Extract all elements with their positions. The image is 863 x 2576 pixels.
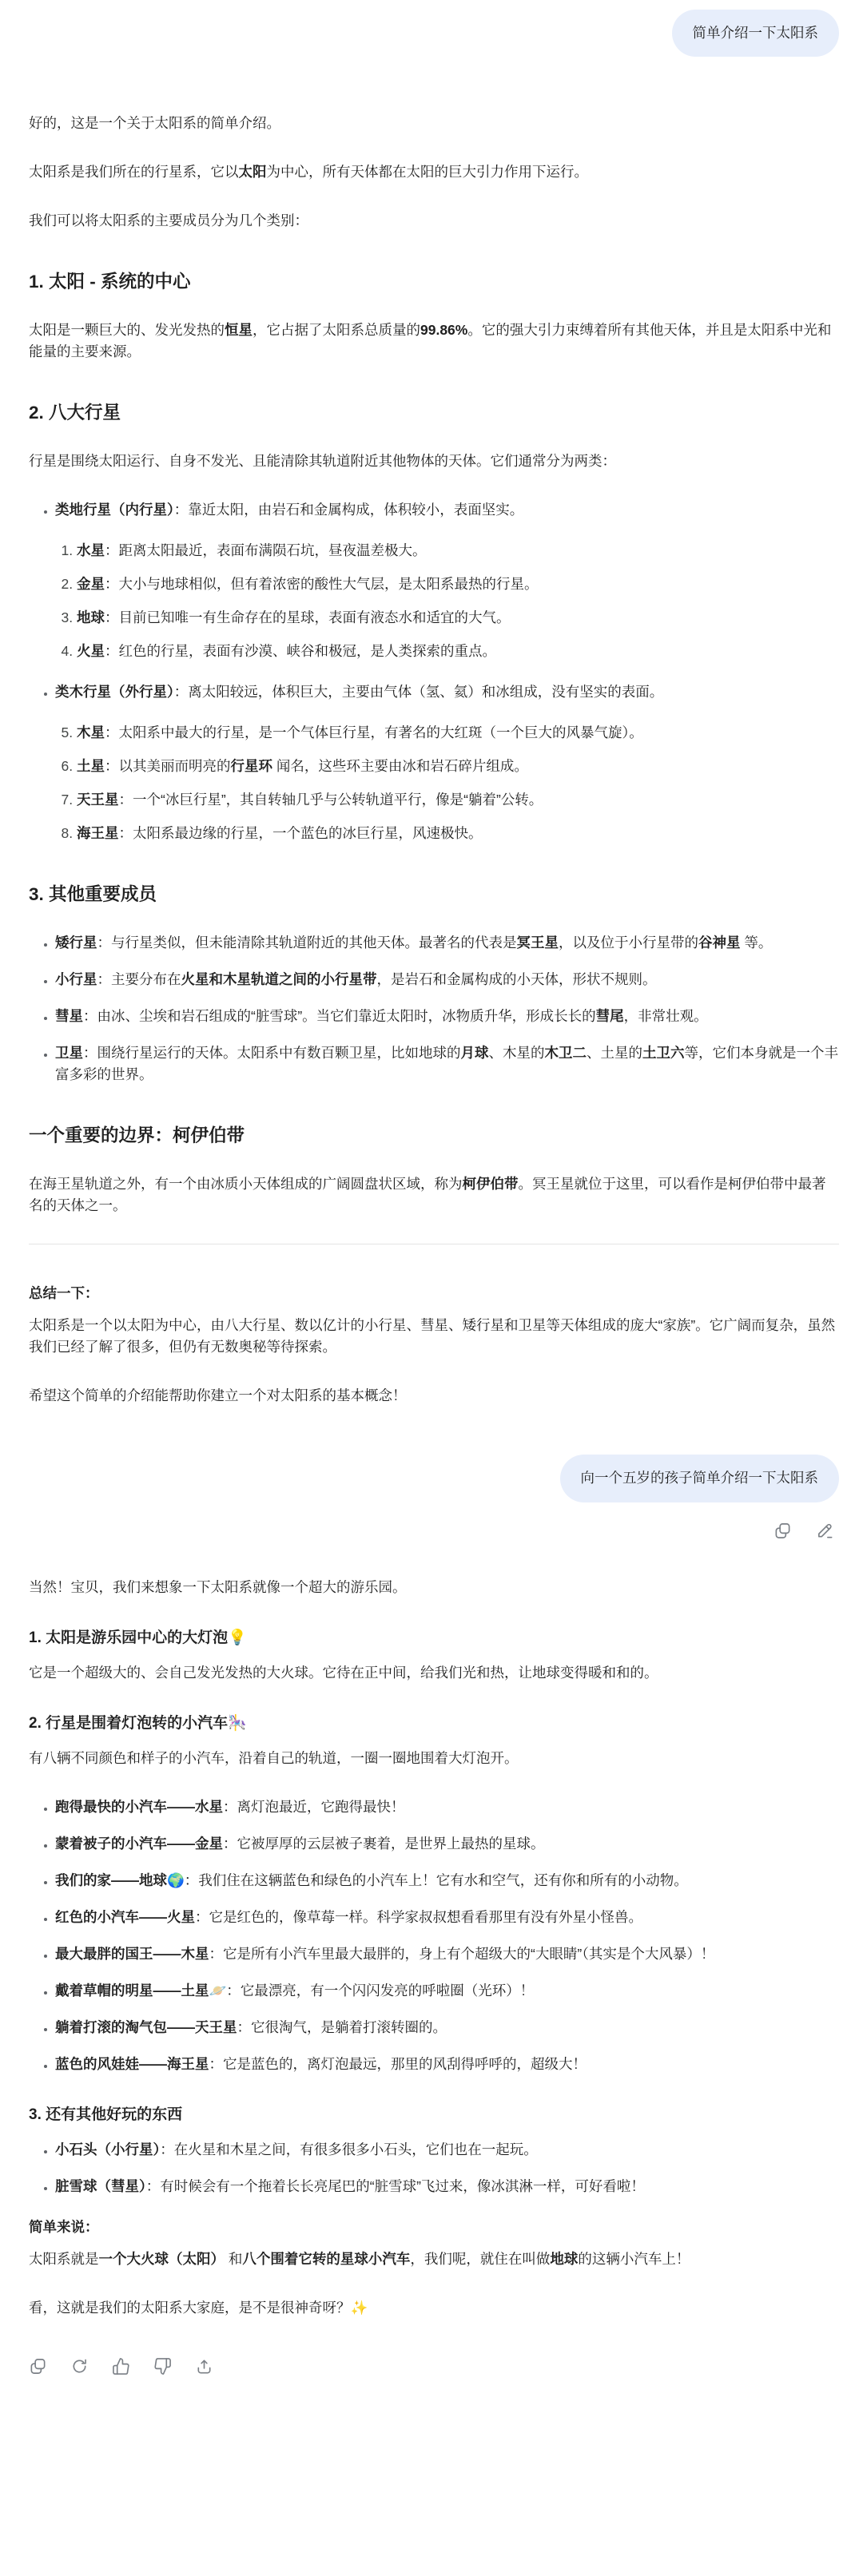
text: 的这辆小汽车上！ — [578, 2251, 690, 2267]
text: 行星是围绕太阳运行、自身不发光、且能清除其轨道附近其他物体的天体。它们通常分为两… — [29, 453, 616, 469]
bold-text: 小行星 — [55, 971, 97, 987]
text: ，非常壮观。 — [624, 1008, 708, 1024]
bold-text: 卫星 — [55, 1045, 83, 1061]
bold-text: 天王星 — [77, 792, 119, 808]
bold-text: 矮行星 — [55, 935, 97, 951]
text: ：它是所有小汽车里最大最胖的，身上有个超级大的“大眼睛”（其实是个大风暴）！ — [209, 1946, 715, 1962]
bold-text: 水星 — [77, 542, 105, 558]
list-item: 金星：大小与地球相似，但有着浓密的酸性大气层，是太阳系最热的行星。 — [77, 574, 839, 595]
list-item: 最大最胖的国王——木星：它是所有小汽车里最大最胖的，身上有个超级大的“大眼睛”（… — [55, 1943, 839, 1965]
share-icon — [195, 2357, 213, 2376]
paragraph: 太阳是一颗巨大的、发光发热的恒星，它占据了太阳系总质量的99.86%。它的强大引… — [29, 320, 839, 363]
text: ：离太阳较远，体积巨大，主要由气体（氢、氦）和冰组成，没有坚实的表面。 — [174, 684, 664, 700]
assistant-message: 好的，这是一个关于太阳系的简单介绍。太阳系是我们所在的行星系，它以太阳为中心，所… — [29, 113, 839, 1407]
heading: 3. 其他重要成员 — [29, 883, 839, 907]
list-item: 木星：太阳系中最大的行星，是一个气体巨行星，有著名的大红斑（一个巨大的风暴气旋）… — [77, 722, 839, 744]
heading: 简单来说： — [29, 2217, 839, 2238]
text: 等。 — [741, 935, 773, 951]
text: ：它被厚厚的云层被子裹着，是世界上最热的星球。 — [223, 1836, 545, 1852]
text: 2. 行星是围着灯泡转的小汽车🎠 — [29, 1715, 247, 1732]
text: 太阳系就是 — [29, 2251, 99, 2267]
list-item: 地球：目前已知唯一有生命存在的星球，表面有液态水和适宜的大气。 — [77, 607, 839, 629]
text: ：红色的行星，表面有沙漠、峡谷和极冠，是人类探索的重点。 — [105, 643, 496, 659]
bold-text: 跑得最快的小汽车——水星 — [55, 1799, 223, 1815]
text: ：一个“冰巨行星”，其自转轴几乎与公转轨道平行，像是“躺着”公转。 — [119, 792, 543, 808]
response-toolbar — [29, 2357, 839, 2376]
bullet-list: 类地行星（内行星）：靠近太阳，由岩石和金属构成，体积较小，表面坚实。 — [29, 499, 839, 521]
thumbs-up-icon — [112, 2357, 130, 2376]
copy-icon — [774, 1522, 792, 1540]
bold-text: 恒星 — [225, 322, 253, 338]
list-item: 类地行星（内行星）：靠近太阳，由岩石和金属构成，体积较小，表面坚实。 — [55, 499, 839, 521]
text: 我们可以将太阳系的主要成员分为几个类别： — [29, 212, 308, 228]
numbered-list: 木星：太阳系中最大的行星，是一个气体巨行星，有著名的大红斑（一个巨大的风暴气旋）… — [29, 722, 839, 844]
bold-text: 土卫六 — [642, 1045, 685, 1061]
list-item: 小石头（小行星）：在火星和木星之间，有很多很多小石头，它们也在一起玩。 — [55, 2139, 839, 2161]
paragraph: 在海王星轨道之外，有一个由冰质小天体组成的广阔圆盘状区域，称为柯伊伯带。冥王星就… — [29, 1173, 839, 1217]
chat-page: 简单介绍一下太阳系 好的，这是一个关于太阳系的简单介绍。太阳系是我们所在的行星系… — [0, 0, 863, 2576]
text: ：大小与地球相似，但有着浓密的酸性大气层，是太阳系最热的行星。 — [105, 576, 539, 592]
bold-text: 太阳 — [239, 164, 267, 180]
bold-text: 火星 — [77, 643, 105, 659]
paragraph: 当然！宝贝，我们来想象一下太阳系就像一个超大的游乐园。 — [29, 1577, 839, 1598]
text: 太阳系是我们所在的行星系，它以 — [29, 164, 239, 180]
text: ：在火星和木星之间，有很多很多小石头，它们也在一起玩。 — [160, 2141, 538, 2157]
paragraph: 好的，这是一个关于太阳系的简单介绍。 — [29, 113, 839, 134]
text: 太阳是一颗巨大的、发光发热的 — [29, 322, 225, 338]
text: ，是岩石和金属构成的小天体，形状不规则。 — [377, 971, 657, 987]
text: 2. 八大行星 — [29, 403, 121, 423]
paragraph: 太阳系是一个以太阳为中心，由八大行星、数以亿计的小行星、彗星、矮行星和卫星等天体… — [29, 1315, 839, 1358]
bold-text: 木卫二 — [545, 1045, 587, 1061]
text: ：由冰、尘埃和岩石组成的“脏雪球”。当它们靠近太阳时，冰物质升华，形成长长的 — [83, 1008, 596, 1024]
bold-text: 类木行星（外行星） — [55, 684, 174, 700]
text: ：有时候会有一个拖着长长亮尾巴的“脏雪球”飞过来，像冰淇淋一样，可好看啦！ — [146, 2178, 645, 2194]
text: 看，这就是我们的太阳系大家庭，是不是很神奇呀？✨ — [29, 2300, 368, 2316]
bold-text: 蓝色的风娃娃——海王星 — [55, 2056, 209, 2072]
text: ：离灯泡最近，它跑得最快！ — [223, 1799, 405, 1815]
numbered-list: 水星：距离太阳最近，表面布满陨石坑，昼夜温差极大。金星：大小与地球相似，但有着浓… — [29, 540, 839, 662]
list-item: 戴着草帽的明星——土星🪐：它最漂亮，有一个闪闪发亮的呼啦圈（光环）！ — [55, 1980, 839, 2002]
text: 3. 其他重要成员 — [29, 884, 157, 904]
heading: 总结一下： — [29, 1283, 839, 1304]
heading: 1. 太阳 - 系统的中心 — [29, 270, 839, 294]
thumbs-up-button[interactable] — [112, 2357, 130, 2376]
user-message-row: 向一个五岁的孩子简单介绍一下太阳系 — [29, 1455, 839, 1502]
text: 和 — [225, 2251, 242, 2267]
text: 简单来说： — [29, 2219, 99, 2235]
bold-text: 八个围着它转的星球小汽车 — [242, 2251, 410, 2267]
bold-text: 金星 — [77, 576, 105, 592]
bold-text: 火星和木星轨道之间的小行星带 — [181, 971, 377, 987]
edit-pencil-icon — [816, 1522, 834, 1540]
text: 好的，这是一个关于太阳系的简单介绍。 — [29, 115, 280, 131]
list-item: 矮行星：与行星类似，但未能清除其轨道附近的其他天体。最著名的代表是冥王星，以及位… — [55, 932, 839, 954]
bold-text: 躺着打滚的淘气包——天王星 — [55, 2019, 237, 2035]
list-item: 天王星：一个“冰巨行星”，其自转轴几乎与公转轨道平行，像是“躺着”公转。 — [77, 789, 839, 811]
list-item: 蒙着被子的小汽车——金星：它被厚厚的云层被子裹着，是世界上最热的星球。 — [55, 1833, 839, 1855]
bold-text: 地球 — [550, 2251, 578, 2267]
bold-text: 海王星 — [77, 825, 119, 841]
list-item: 土星：以其美丽而明亮的行星环 闻名，这些环主要由冰和岩石碎片组成。 — [77, 756, 839, 777]
bold-text: 蒙着被子的小汽车——金星 — [55, 1836, 223, 1852]
text: 、木星的 — [489, 1045, 545, 1061]
bold-text: 红色的小汽车——火星 — [55, 1909, 195, 1925]
bullet-list: 小石头（小行星）：在火星和木星之间，有很多很多小石头，它们也在一起玩。脏雪球（彗… — [29, 2139, 839, 2197]
text: 太阳系是一个以太阳为中心，由八大行星、数以亿计的小行星、彗星、矮行星和卫星等天体… — [29, 1317, 835, 1355]
bullet-list: 跑得最快的小汽车——水星：离灯泡最近，它跑得最快！蒙着被子的小汽车——金星：它被… — [29, 1796, 839, 2075]
text: ：它最漂亮，有一个闪闪发亮的呼啦圈（光环）！ — [226, 1983, 534, 1998]
regenerate-button[interactable] — [70, 2357, 89, 2376]
edit-button[interactable] — [816, 1522, 834, 1540]
user-message-bubble: 简单介绍一下太阳系 — [672, 10, 840, 57]
bold-text: 戴着草帽的明星——土星🪐 — [55, 1983, 226, 1998]
bold-text: 小石头（小行星） — [55, 2141, 160, 2157]
text: 闻名，这些环主要由冰和岩石碎片组成。 — [272, 758, 528, 774]
heading: 1. 太阳是游乐园中心的大灯泡💡 — [29, 1627, 839, 1649]
paragraph: 太阳系是我们所在的行星系，它以太阳为中心，所有天体都在太阳的巨大引力作用下运行。 — [29, 161, 839, 183]
thumbs-down-button[interactable] — [153, 2357, 172, 2376]
copy-response-button[interactable] — [29, 2357, 47, 2376]
bold-text: 彗尾 — [596, 1008, 624, 1024]
list-item: 红色的小汽车——火星：它是红色的，像草莓一样。科学家叔叔想看看那里有没有外星小怪… — [55, 1907, 839, 1928]
text: ，以及位于小行星带的 — [559, 935, 698, 951]
text: 在海王星轨道之外，有一个由冰质小天体组成的广阔圆盘状区域，称为 — [29, 1176, 463, 1192]
text: 1. 太阳 - 系统的中心 — [29, 272, 191, 292]
bold-text: 月球 — [461, 1045, 489, 1061]
text: ：太阳系最边缘的行星，一个蓝色的冰巨行星，风速极快。 — [119, 825, 483, 841]
list-item: 躺着打滚的淘气包——天王星：它很淘气，是躺着打滚转圈的。 — [55, 2017, 839, 2038]
list-item: 跑得最快的小汽车——水星：离灯泡最近，它跑得最快！ — [55, 1796, 839, 1818]
divider — [29, 1244, 839, 1244]
bold-text: 脏雪球（彗星） — [55, 2178, 146, 2194]
bold-text: 类地行星（内行星） — [55, 502, 174, 518]
list-item: 水星：距离太阳最近，表面布满陨石坑，昼夜温差极大。 — [77, 540, 839, 562]
text: ：太阳系中最大的行星，是一个气体巨行星，有著名的大红斑（一个巨大的风暴气旋）。 — [105, 724, 643, 740]
heading: 3. 还有其他好玩的东西 — [29, 2104, 839, 2126]
list-item: 彗星：由冰、尘埃和岩石组成的“脏雪球”。当它们靠近太阳时，冰物质升华，形成长长的… — [55, 1006, 839, 1027]
heading: 一个重要的边界：柯伊伯带 — [29, 1124, 839, 1148]
bold-text: 柯伊伯带 — [463, 1176, 519, 1192]
text: ：它是蓝色的，离灯泡最远，那里的风刮得呼呼的，超级大！ — [209, 2056, 587, 2072]
list-item: 类木行星（外行星）：离太阳较远，体积巨大，主要由气体（氢、氦）和冰组成，没有坚实… — [55, 681, 839, 703]
bold-text: 谷神星 — [698, 935, 741, 951]
text: ：与行星类似，但未能清除其轨道附近的其他天体。最著名的代表是 — [97, 935, 517, 951]
share-button[interactable] — [195, 2357, 213, 2376]
text: ：目前已知唯一有生命存在的星球，表面有液态水和适宜的大气。 — [105, 609, 511, 625]
text: ：靠近太阳，由岩石和金属构成，体积较小，表面坚实。 — [174, 502, 524, 518]
text: 总结一下： — [29, 1285, 99, 1301]
paragraph: 有八辆不同颜色和样子的小汽车，沿着自己的轨道，一圈一圈地围着大灯泡开。 — [29, 1748, 839, 1769]
text: ：距离太阳最近，表面布满陨石坑，昼夜温差极大。 — [105, 542, 427, 558]
list-item: 脏雪球（彗星）：有时候会有一个拖着长长亮尾巴的“脏雪球”飞过来，像冰淇淋一样，可… — [55, 2176, 839, 2197]
text: 、土星的 — [587, 1045, 642, 1061]
bold-text: 一个大火球（太阳） — [99, 2251, 225, 2267]
paragraph: 看，这就是我们的太阳系大家庭，是不是很神奇呀？✨ — [29, 2297, 839, 2319]
heading: 2. 八大行星 — [29, 401, 839, 425]
bold-text: 土星 — [77, 758, 105, 774]
heading: 2. 行星是围着灯泡转的小汽车🎠 — [29, 1713, 839, 1735]
text: 有八辆不同颜色和样子的小汽车，沿着自己的轨道，一圈一圈地围着大灯泡开。 — [29, 1750, 519, 1766]
text: ：主要分布在 — [97, 971, 181, 987]
paragraph: 它是一个超级大的、会自己发光发热的大火球。它待在正中间，给我们光和热，让地球变得… — [29, 1662, 839, 1684]
list-item: 蓝色的风娃娃——海王星：它是蓝色的，离灯泡最远，那里的风刮得呼呼的，超级大！ — [55, 2054, 839, 2075]
bold-text: 行星环 — [231, 758, 273, 774]
text: ：它很淘气，是躺着打滚转圈的。 — [237, 2019, 447, 2035]
text: 3. 还有其他好玩的东西 — [29, 2106, 182, 2123]
user-message-row: 简单介绍一下太阳系 — [29, 10, 839, 57]
thumbs-down-icon — [153, 2357, 172, 2376]
bullet-list: 矮行星：与行星类似，但未能清除其轨道附近的其他天体。最著名的代表是冥王星，以及位… — [29, 932, 839, 1086]
text: ：我们住在这辆蓝色和绿色的小汽车上！它有水和空气，还有你和所有的小动物。 — [185, 1872, 688, 1888]
text: 为中心，所有天体都在太阳的巨大引力作用下运行。 — [267, 164, 589, 180]
list-item: 卫星：围绕行星运行的天体。太阳系中有数百颗卫星，比如地球的月球、木星的木卫二、土… — [55, 1042, 839, 1086]
text: 它是一个超级大的、会自己发光发热的大火球。它待在正中间，给我们光和热，让地球变得… — [29, 1665, 658, 1681]
text: 1. 太阳是游乐园中心的大灯泡💡 — [29, 1629, 247, 1646]
copy-button[interactable] — [774, 1522, 792, 1540]
paragraph: 行星是围绕太阳运行、自身不发光、且能清除其轨道附近其他物体的天体。它们通常分为两… — [29, 451, 839, 472]
text: ：以其美丽而明亮的 — [105, 758, 231, 774]
copy-icon — [29, 2357, 47, 2376]
list-item: 海王星：太阳系最边缘的行星，一个蓝色的冰巨行星，风速极快。 — [77, 823, 839, 844]
bold-text: 99.86% — [420, 322, 467, 338]
text: ：围绕行星运行的天体。太阳系中有数百颗卫星，比如地球的 — [83, 1045, 461, 1061]
regenerate-icon — [70, 2357, 89, 2376]
bold-text: 木星 — [77, 724, 105, 740]
paragraph: 太阳系就是一个大火球（太阳） 和八个围着它转的星球小汽车，我们呢，就住在叫做地球… — [29, 2249, 839, 2270]
assistant-message: 当然！宝贝，我们来想象一下太阳系就像一个超大的游乐园。1. 太阳是游乐园中心的大… — [29, 1577, 839, 2319]
text: 希望这个简单的介绍能帮助你建立一个对太阳系的基本概念！ — [29, 1387, 407, 1403]
bold-text: 我们的家——地球🌍 — [55, 1872, 185, 1888]
text: ，我们呢，就住在叫做 — [410, 2251, 550, 2267]
list-item: 我们的家——地球🌍：我们住在这辆蓝色和绿色的小汽车上！它有水和空气，还有你和所有… — [55, 1870, 839, 1891]
bold-text: 最大最胖的国王——木星 — [55, 1946, 209, 1962]
text: ，它占据了太阳系总质量的 — [253, 322, 420, 338]
list-item: 火星：红色的行星，表面有沙漠、峡谷和极冠，是人类探索的重点。 — [77, 641, 839, 662]
user-message-bubble: 向一个五岁的孩子简单介绍一下太阳系 — [560, 1455, 840, 1502]
text: 当然！宝贝，我们来想象一下太阳系就像一个超大的游乐园。 — [29, 1579, 407, 1595]
user-message-actions — [29, 1522, 839, 1540]
bold-text: 地球 — [77, 609, 105, 625]
bold-text: 彗星 — [55, 1008, 83, 1024]
paragraph: 我们可以将太阳系的主要成员分为几个类别： — [29, 210, 839, 232]
text: ：它是红色的，像草莓一样。科学家叔叔想看看那里有没有外星小怪兽。 — [195, 1909, 642, 1925]
list-item: 小行星：主要分布在火星和木星轨道之间的小行星带，是岩石和金属构成的小天体，形状不… — [55, 969, 839, 990]
bullet-list: 类木行星（外行星）：离太阳较远，体积巨大，主要由气体（氢、氦）和冰组成，没有坚实… — [29, 681, 839, 703]
paragraph: 希望这个简单的介绍能帮助你建立一个对太阳系的基本概念！ — [29, 1385, 839, 1407]
bold-text: 冥王星 — [517, 935, 559, 951]
text: 一个重要的边界：柯伊伯带 — [29, 1125, 245, 1145]
